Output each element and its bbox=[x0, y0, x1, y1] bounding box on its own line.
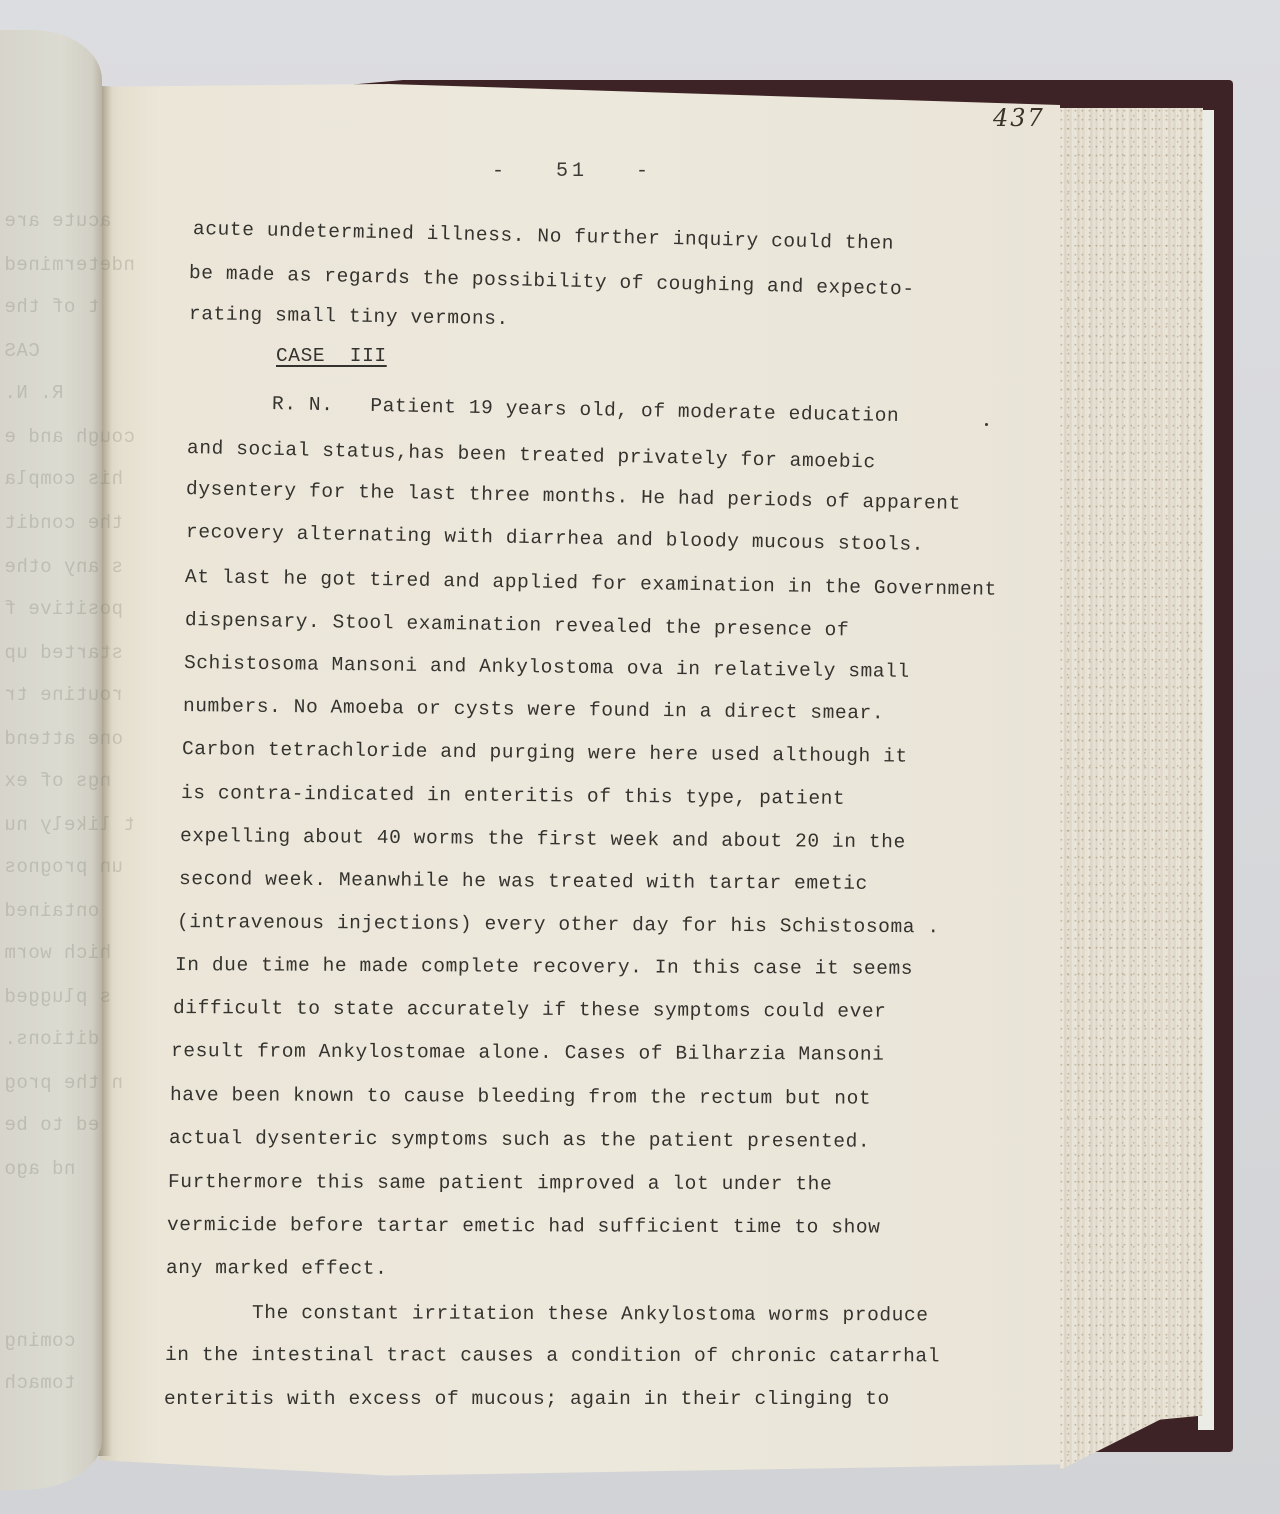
handwritten-folio-number: 437 bbox=[993, 104, 1045, 132]
text-line: actual dysenteric symptoms such as the p… bbox=[169, 1127, 870, 1153]
bleed-line: cough and e bbox=[4, 426, 135, 448]
text-line: result from Ankylostomae alone. Cases of… bbox=[171, 1040, 885, 1066]
bleed-line: ditions. bbox=[4, 1028, 99, 1050]
bleed-line: t of the bbox=[4, 296, 99, 318]
bleed-line: ontained bbox=[4, 900, 99, 922]
bleed-line: one attend bbox=[4, 728, 123, 750]
text-line: enteritis with excess of mucous; again i… bbox=[164, 1388, 890, 1410]
text-line: Furthermore this same patient improved a… bbox=[168, 1171, 832, 1195]
ink-speck bbox=[985, 423, 988, 426]
text-line: any marked effect. bbox=[166, 1257, 388, 1280]
page-block-edge bbox=[1060, 108, 1203, 1470]
bleed-line: n the prog bbox=[4, 1072, 123, 1094]
text-line: in the intestinal tract causes a conditi… bbox=[165, 1344, 940, 1367]
bleed-line: t likely nu bbox=[4, 814, 135, 836]
bleed-line: positive f bbox=[4, 598, 123, 620]
bleed-line: un prognos bbox=[4, 856, 123, 878]
text-line: The constant irritation these Ankylostom… bbox=[252, 1302, 929, 1326]
bleed-line: ndetermined bbox=[4, 254, 135, 276]
left-page: acute are ndetermined t of the CAS R. N.… bbox=[0, 30, 102, 1490]
page-number: - 51 - bbox=[492, 160, 652, 183]
text-line: vermicide before tartar emetic had suffi… bbox=[167, 1214, 881, 1238]
text-line: have been known to cause bleeding from t… bbox=[170, 1084, 871, 1110]
bleed-line: the condit bbox=[4, 512, 123, 534]
text-line: difficult to state accurately if these s… bbox=[173, 997, 887, 1023]
bleed-line: started up bbox=[4, 642, 123, 664]
bleed-line: tomach bbox=[4, 1372, 75, 1394]
bleed-line: nd ago bbox=[4, 1158, 75, 1180]
bleed-line: CAS bbox=[4, 340, 40, 362]
bleed-line: acute are bbox=[4, 210, 111, 232]
bleed-line: s plugged bbox=[4, 986, 111, 1008]
case-heading: CASE III bbox=[276, 345, 387, 367]
bleed-line: s any othe bbox=[4, 556, 123, 578]
bleed-line: his compla bbox=[4, 468, 123, 490]
bleed-line: ed to be bbox=[4, 1114, 99, 1136]
bleed-line: routine tr bbox=[4, 684, 123, 706]
bleed-line: coming bbox=[4, 1330, 75, 1352]
text-line: In due time he made complete recovery. I… bbox=[175, 954, 913, 980]
bleed-line: R. N. bbox=[4, 382, 64, 404]
bleed-line: hich worm bbox=[4, 942, 111, 964]
bleed-line: ngs of ex bbox=[4, 770, 111, 792]
